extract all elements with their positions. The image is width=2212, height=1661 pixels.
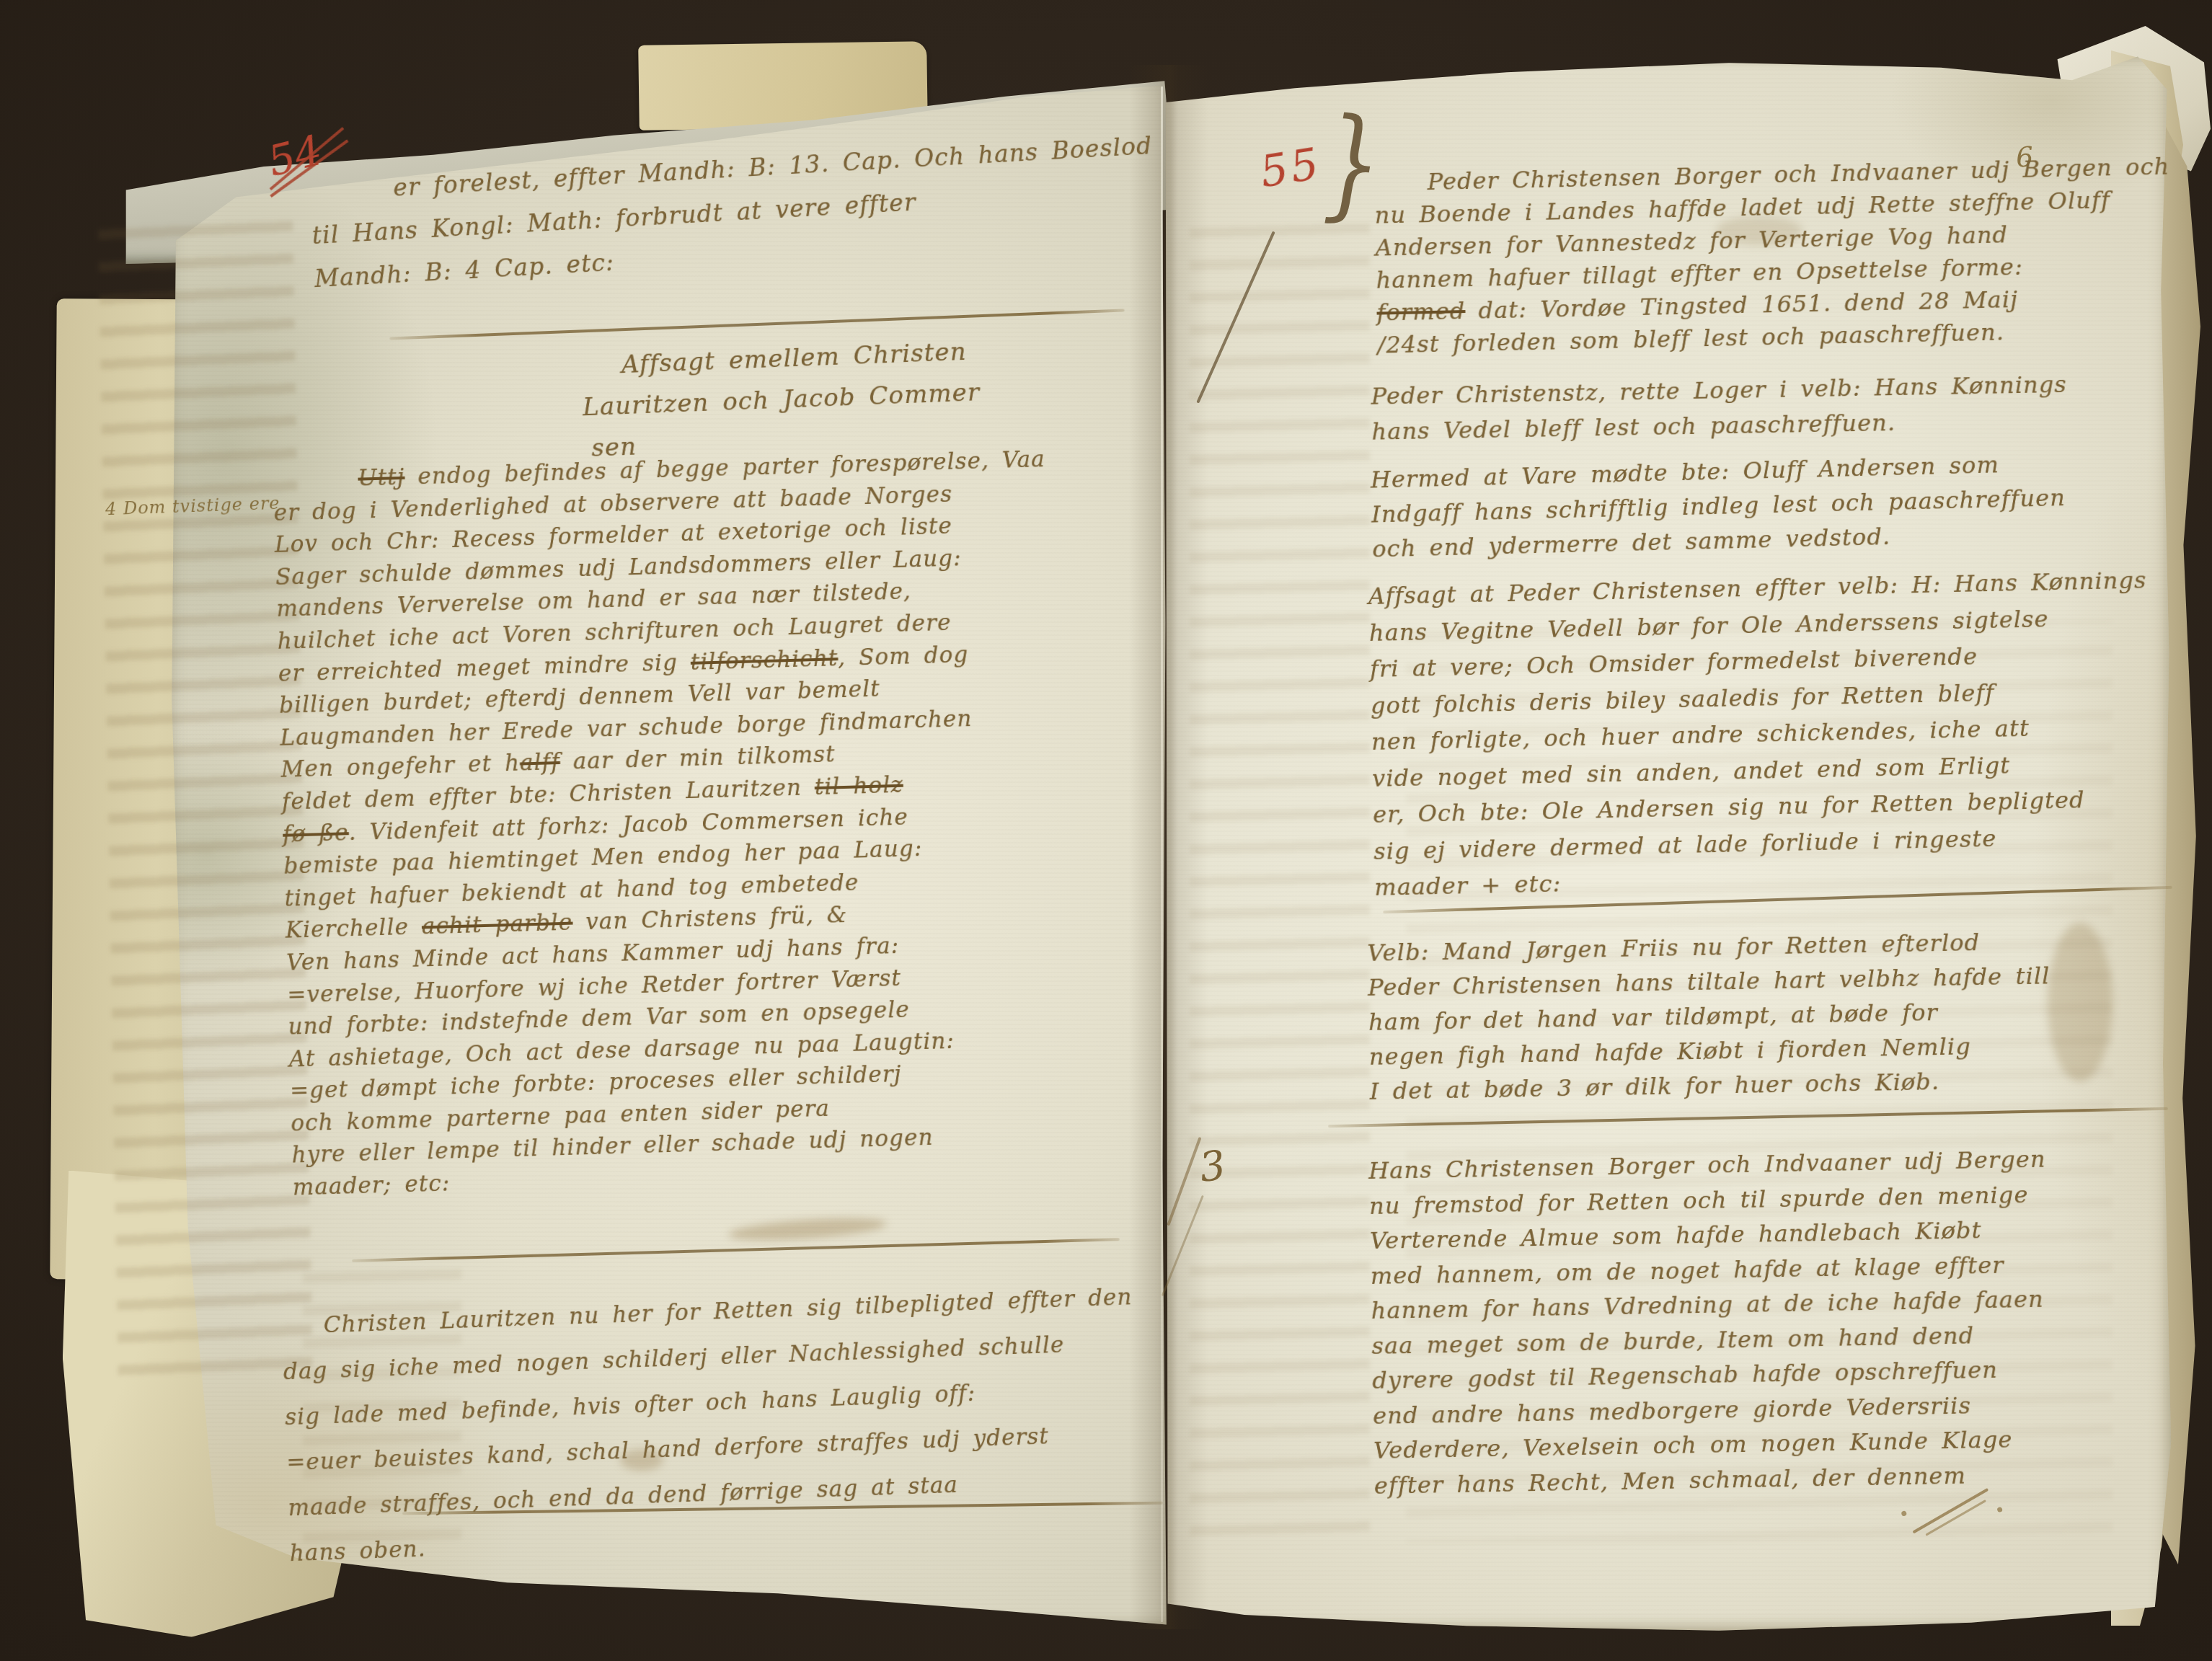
folio-number-55: 55 xyxy=(1257,138,1324,198)
left-page-closing-paragraph: Christen Lauritzen nu her for Retten sig… xyxy=(281,1274,1169,1577)
right-page-case-entry-4: Velb: Mand Jørgen Friis nu for Retten ef… xyxy=(1367,921,2185,1109)
right-page-case-entry-5: Hans Christensen Borger och Indvaaner ud… xyxy=(1368,1139,2196,1503)
right-page-case-entry-2: Peder Christenstz, rette Loger i velb: H… xyxy=(1371,365,2172,449)
right-page-verdict-paragraph: Affsagt at Peder Christensen effter velb… xyxy=(1368,561,2196,905)
manuscript-photograph: 54 er forelest, effter Mandh: B: 13. Cap… xyxy=(0,0,2212,1661)
ink-brace-mark: } xyxy=(1322,91,1383,235)
right-page-case-entry-3: Hermed at Vare mødte bte: Oluff Andersen… xyxy=(1370,443,2172,566)
right-page-case-entry-1: Peder Christensen Borger och Indvaaner u… xyxy=(1373,150,2177,361)
left-page-judgment-body: Uttj endog befindes af begge parter fore… xyxy=(273,440,1158,1204)
